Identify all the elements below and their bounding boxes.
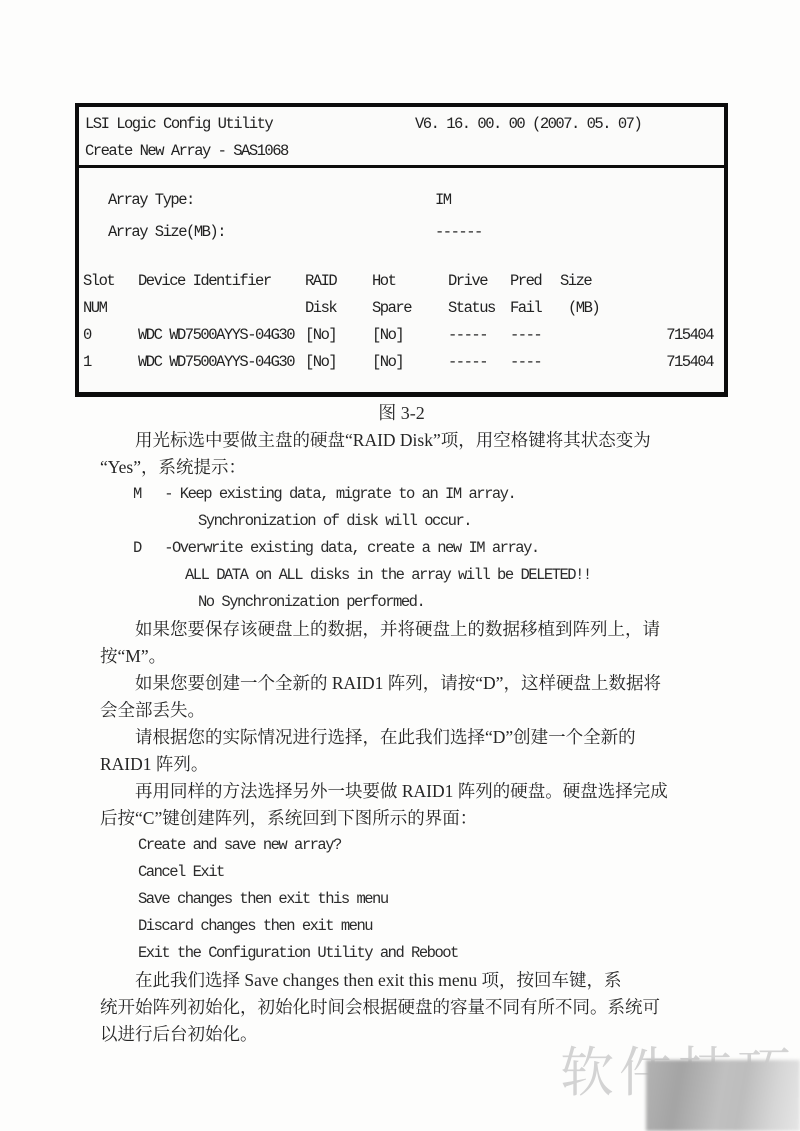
cell-raid: [No] (305, 349, 372, 376)
field-value: ------ (435, 216, 482, 248)
cell-slot: 0 (83, 322, 138, 349)
field-array-type: Array Type: IM (108, 184, 724, 216)
body-line: ALL DATA on ALL disks in the array will … (185, 562, 748, 589)
table-row: 1 WDC WD7500AYYS-04G30 [No] [No] ----- -… (83, 349, 724, 376)
console-subtitle: Create New Array - SAS1068 (85, 138, 288, 165)
col-header: Size (560, 268, 713, 295)
col-header: Drive (448, 268, 510, 295)
body-line: RAID1 阵列。 (100, 751, 748, 778)
field-label: Array Type: (108, 184, 435, 216)
cell-drive: ----- (448, 322, 510, 349)
body-line: 如果您要创建一个全新的 RAID1 阵列，请按“D”，这样硬盘上数据将 (100, 670, 748, 697)
cell-device: WDC WD7500AYYS-04G30 (138, 322, 305, 349)
body-line: 在此我们选择 Save changes then exit this menu … (100, 967, 748, 994)
disk-table: Slot Device Identifier RAID Hot Drive Pr… (83, 268, 724, 376)
body-line: 按“M”。 (100, 643, 748, 670)
table-row: 0 WDC WD7500AYYS-04G30 [No] [No] ----- -… (83, 322, 724, 349)
console-title: LSI Logic Config Utility (85, 111, 415, 138)
col-header: Disk (305, 295, 372, 322)
body-line: Discard changes then exit menu (138, 913, 748, 940)
field-label: Array Size(MB): (108, 216, 435, 248)
field-array-size: Array Size(MB): ------ (108, 216, 724, 248)
body-line: 统开始阵列初始化，初始化时间会根据硬盘的容量不同有所不同。系统可 (100, 994, 748, 1021)
body-line: 会全部丢失。 (100, 697, 748, 724)
cell-drive: ----- (448, 349, 510, 376)
cell-pred: ---- (510, 349, 560, 376)
console-window: LSI Logic Config Utility V6. 16. 00. 00 … (75, 103, 728, 397)
col-header: Slot (83, 268, 138, 295)
col-header: Spare (372, 295, 448, 322)
cell-hot: [No] (372, 322, 448, 349)
body-line: 后按“C”键创建阵列，系统回到下图所示的界面： (100, 805, 748, 832)
cell-raid: [No] (305, 322, 372, 349)
col-header: (MB) (568, 295, 721, 322)
body-line: Cancel Exit (138, 859, 748, 886)
table-header-row-2: NUM Disk Spare Status Fail (MB) (83, 295, 724, 322)
cell-hot: [No] (372, 349, 448, 376)
body-line: 如果您要保存该硬盘上的数据，并将硬盘上的数据移植到阵列上，请 (100, 616, 748, 643)
cell-device: WDC WD7500AYYS-04G30 (138, 349, 305, 376)
scan-blot (646, 1060, 800, 1131)
console-version: V6. 16. 00. 00 (2007. 05. 07) (415, 111, 641, 138)
body-line: Create and save new array? (138, 832, 748, 859)
body-line: “Yes”，系统提示： (100, 454, 748, 481)
col-header: Device Identifier (138, 268, 305, 295)
body-line: D -Overwrite existing data, create a new… (133, 535, 748, 562)
figure-caption: 图 3-2 (75, 399, 728, 425)
col-header: RAID (305, 268, 372, 295)
col-header: NUM (83, 295, 138, 322)
cell-size: 715404 (560, 322, 713, 349)
cell-size: 715404 (560, 349, 713, 376)
body-line: Synchronization of disk will occur. (198, 508, 748, 535)
array-fields: Array Type: IM Array Size(MB): ------ (108, 184, 724, 248)
body-line: 再用同样的方法选择另外一块要做 RAID1 阵列的硬盘。硬盘选择完成 (100, 778, 748, 805)
col-header (138, 295, 305, 322)
body-line: No Synchronization performed. (198, 589, 748, 616)
body-line: Exit the Configuration Utility and Reboo… (138, 940, 748, 967)
body-line: M - Keep existing data, migrate to an IM… (133, 481, 748, 508)
body-line: 请根据您的实际情况进行选择，在此我们选择“D”创建一个全新的 (100, 724, 748, 751)
table-header-row-1: Slot Device Identifier RAID Hot Drive Pr… (83, 268, 724, 295)
col-header: Fail (510, 295, 560, 322)
body-line: 用光标选中要做主盘的硬盘“RAID Disk”项，用空格键将其状态变为 (100, 427, 748, 454)
body-text: 用光标选中要做主盘的硬盘“RAID Disk”项，用空格键将其状态变为 “Yes… (100, 427, 748, 1048)
col-header: Status (448, 295, 510, 322)
field-value: IM (435, 184, 451, 216)
cell-slot: 1 (83, 349, 138, 376)
console-header: LSI Logic Config Utility V6. 16. 00. 00 … (79, 107, 724, 168)
col-header: Pred (510, 268, 560, 295)
cell-pred: ---- (510, 322, 560, 349)
col-header: Hot (372, 268, 448, 295)
body-line: Save changes then exit this menu (138, 886, 748, 913)
